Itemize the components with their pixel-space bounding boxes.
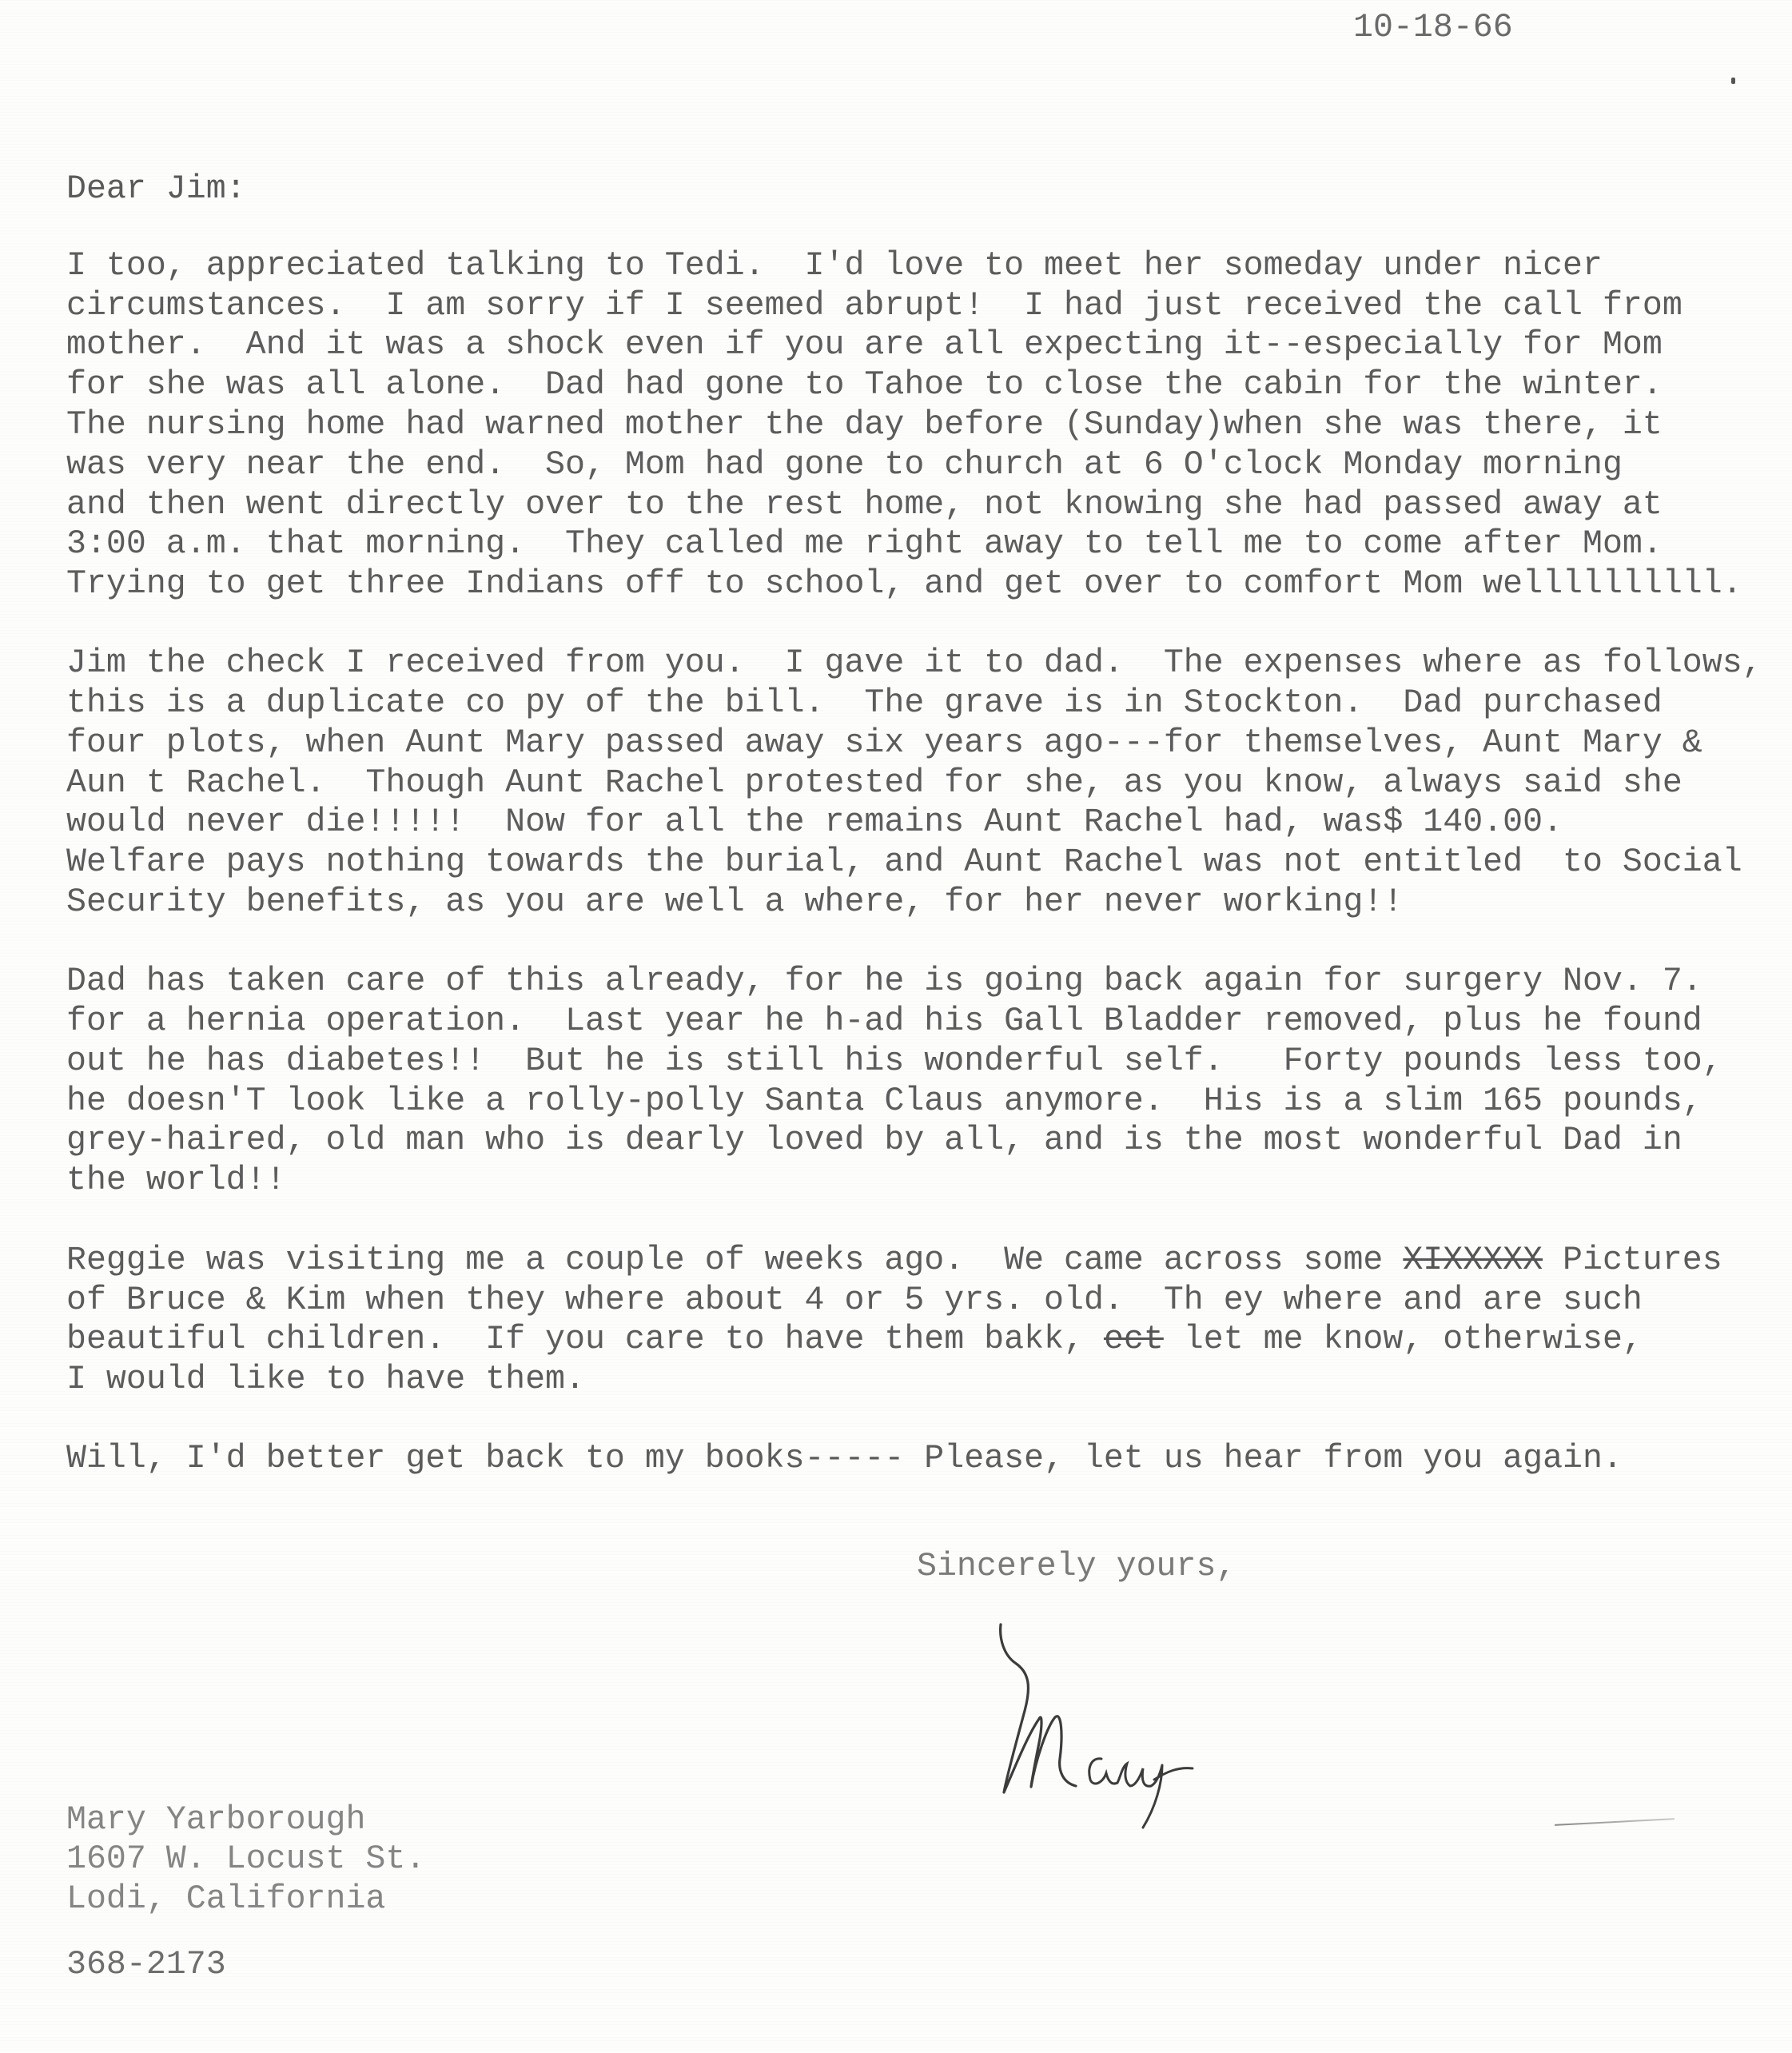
sender-name: Mary Yarborough: [66, 1800, 365, 1840]
paragraph-line: for a hernia operation. Last year he h-a…: [66, 1002, 1702, 1042]
sender-city: Lodi, California: [66, 1880, 385, 1919]
paragraph-line: I would like to have them.: [66, 1360, 585, 1400]
paragraph-line: Reggie was visiting me a couple of weeks…: [66, 1241, 1722, 1281]
paragraph-line: Security benefits, as you are well a whe…: [66, 883, 1403, 923]
paragraph-line: 3:00 a.m. that morning. They called me r…: [66, 524, 1663, 564]
letter-date: 10-18-66: [1353, 8, 1513, 48]
paragraph-line: would never die!!!!! Now for all the rem…: [66, 803, 1563, 843]
paragraph-line: The nursing home had warned mother the d…: [66, 405, 1663, 445]
line-text: Pictures: [1543, 1242, 1722, 1279]
paragraph-line: Welfare pays nothing towards the burial,…: [66, 843, 1742, 883]
closing: Sincerely yours,: [917, 1547, 1236, 1587]
paragraph-line: out he has diabetes!! But he is still hi…: [66, 1042, 1722, 1082]
signature-mary: [983, 1623, 1271, 1839]
paragraph-line: he doesn'T look like a rolly-polly Santa…: [66, 1082, 1702, 1122]
paragraph-line: circumstances. I am sorry if I seemed ab…: [66, 286, 1682, 326]
struck-out-text: ect: [1104, 1321, 1164, 1358]
ink-mark: [1731, 78, 1735, 84]
paragraph-line: and then went directly over to the rest …: [66, 485, 1663, 525]
paragraph-line: I too, appreciated talking to Tedi. I'd …: [66, 246, 1603, 286]
paragraph-line: grey-haired, old man who is dearly loved…: [66, 1121, 1682, 1161]
paragraph-line: this is a duplicate co py of the bill. T…: [66, 684, 1663, 724]
paragraph-line: was very near the end. So, Mom had gone …: [66, 445, 1623, 485]
paragraph-line: of Bruce & Kim when they where about 4 o…: [66, 1281, 1643, 1321]
paragraph-line: Trying to get three Indians off to schoo…: [66, 564, 1742, 604]
paragraph-line: Will, I'd better get back to my books---…: [66, 1439, 1623, 1479]
salutation: Dear Jim:: [66, 169, 246, 209]
paragraph-line: mother. And it was a shock even if you a…: [66, 325, 1663, 365]
paragraph-line: beautiful children. If you care to have …: [66, 1320, 1643, 1360]
paragraph-line: four plots, when Aunt Mary passed away s…: [66, 724, 1702, 763]
paragraph-line: Aun t Rachel. Though Aunt Rachel protest…: [66, 763, 1682, 803]
struck-out-text: XIXXXXX: [1403, 1242, 1543, 1279]
line-text: Reggie was visiting me a couple of weeks…: [66, 1242, 1403, 1279]
paragraph-line: for she was all alone. Dad had gone to T…: [66, 365, 1663, 405]
line-text: let me know, otherwise,: [1164, 1321, 1643, 1358]
sender-phone: 368-2173: [66, 1945, 226, 1985]
paragraph-line: Dad has taken care of this already, for …: [66, 962, 1702, 1002]
sender-street: 1607 W. Locust St.: [66, 1840, 425, 1880]
line-text: beautiful children. If you care to have …: [66, 1321, 1104, 1358]
paragraph-line: Jim the check I received from you. I gav…: [66, 644, 1762, 684]
paragraph-line: the world!!: [66, 1161, 286, 1201]
